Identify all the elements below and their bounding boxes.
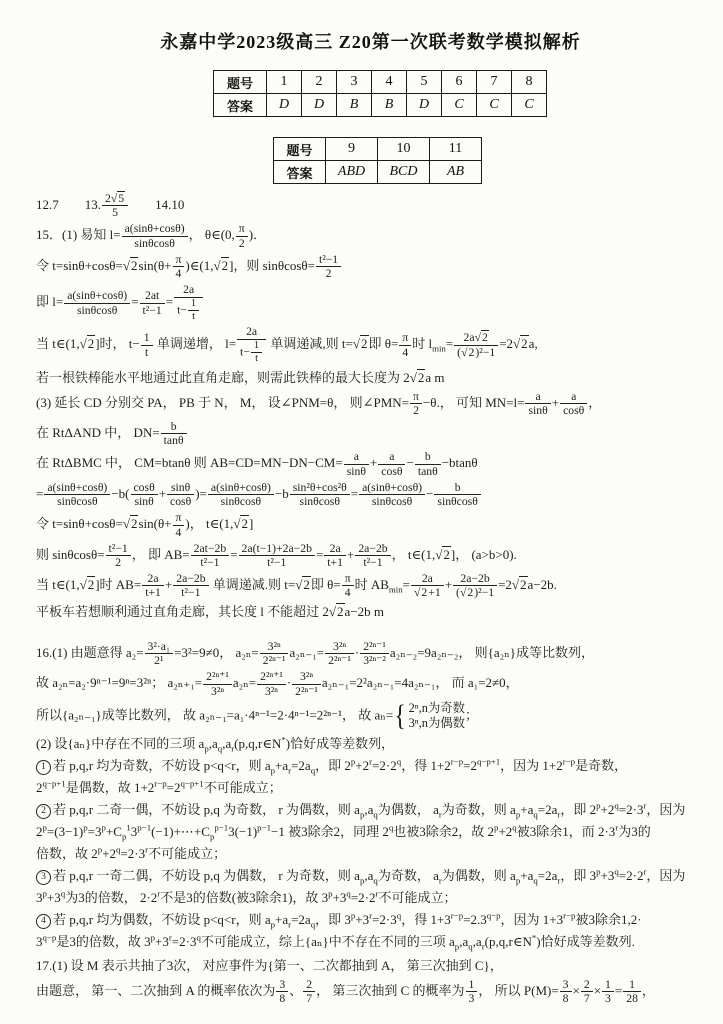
fraction: 1t: [251, 340, 262, 365]
circled-number: 4: [36, 914, 51, 929]
solution-line: 在 RtΔAND 中， DN=btanθ: [36, 420, 705, 448]
sqrt-expression: √2: [123, 257, 139, 273]
fraction: sin²θ+cos²θsinθcosθ: [290, 481, 350, 509]
fraction: t²−12: [106, 542, 131, 570]
fraction: a(sinθ+cosθ)sinθcosθ: [359, 481, 425, 509]
answer-cell: D: [407, 94, 442, 117]
fraction: 2at−1t: [237, 325, 266, 365]
solution-line: 则 sinθcosθ=t²−12， 即 AB=2at−2bt²−1=2a(t−1…: [36, 542, 705, 570]
answer-cell: AB: [430, 161, 482, 184]
exam-solution-page: 永嘉中学2023级高三 Z20第一次联考数学模拟解析 题号12345678答案D…: [0, 0, 723, 1024]
fraction: t²−12: [316, 253, 341, 281]
fraction: btanθ: [415, 450, 441, 478]
solution-line: 所以{a₂ₙ₋₁}成等比数列， 故 a₂ₙ₋₁=a₁·4ⁿ⁻¹=2·4ⁿ⁻¹=2…: [36, 701, 705, 732]
fraction: 27: [303, 978, 315, 1006]
question-number-cell: 7: [477, 71, 512, 94]
question-number-cell: 1: [267, 71, 302, 94]
fraction: asinθ: [525, 390, 550, 418]
sqrt-expression: √5: [111, 191, 125, 205]
fraction: cosθsinθ: [131, 481, 158, 509]
solution-line: 在 RtΔBMC 中， CM=btanθ 则 AB=CD=MN−DN−CM=as…: [36, 450, 705, 478]
fraction: 1t: [188, 298, 199, 323]
fraction: 3²ⁿ2²ⁿ⁻¹: [325, 640, 354, 668]
fraction: a(sinθ+cosθ)sinθcosθ: [64, 289, 130, 317]
solution-line: 16.(1) 由题意得 a₂=3²·a₁2¹=3²=9≠0， a₂ₙ=3²ⁿ2²…: [36, 640, 705, 668]
fraction: π4: [342, 572, 354, 600]
sqrt-expression: √2: [213, 257, 229, 273]
solution-line: 由题意， 第一、二次抽到 A 的概率依次为38、27， 第三次抽到 C 的概率为…: [36, 978, 705, 1006]
page-title: 永嘉中学2023级高三 Z20第一次联考数学模拟解析: [36, 28, 705, 54]
fraction: sinθcosθ: [167, 481, 194, 509]
solution-line: 2p=(3−1)p=3p+Cp13p−1(−1)+⋯+Cpp−13(−1)p−1…: [36, 822, 705, 842]
fraction: 2√55: [102, 192, 128, 220]
circled-number: 3: [36, 870, 51, 885]
solution-line: (3) 延长 CD 分别交 PA， PB 于 N， M， 设∠PNM=θ， 则∠…: [36, 390, 705, 418]
sqrt-expression: √2: [233, 515, 249, 531]
answer-cell: D: [267, 94, 302, 117]
fraction: a(sinθ+cosθ)sinθcosθ: [44, 481, 110, 509]
fraction: π4: [399, 331, 411, 359]
fraction: 2a(t−1)+2a−2bt²−1: [239, 542, 315, 570]
sqrt-expression: √2: [353, 335, 369, 351]
sqrt-expression: √2: [123, 515, 139, 531]
fraction: 13: [466, 978, 478, 1006]
fraction: 2a−2bt²−1: [173, 572, 208, 600]
solution-line: 即 l=a(sinθ+cosθ)sinθcosθ=2att²−1=2at−1t: [36, 283, 705, 323]
table-row: 题号91011: [274, 138, 482, 161]
solution-line: 15．(1) 易知 l=a(sinθ+cosθ)sinθcosθ， θ∈(0,π…: [36, 222, 705, 250]
table-row: 答案DDBBDCCC: [214, 94, 547, 117]
answer-table-1: 题号12345678答案DDBBDCCC: [213, 70, 547, 117]
fraction: 2a−2b(√2)²−1: [453, 572, 497, 600]
row-header-cell: 题号: [214, 71, 267, 94]
solution-line: 令 t=sinθ+cosθ=√2sin(θ+π4)∈(1,√2]，则 sinθc…: [36, 253, 705, 281]
solution-section: 16.(1) 由题意得 a₂=3²·a₁2¹=3²=9≠0， a₂ₙ=3²ⁿ2²…: [36, 640, 705, 952]
sqrt-expression: √2: [414, 585, 428, 599]
solution-section: 17.(1) 设 M 表示共抽了3次， 对应事件为{第一、二次都抽到 A， 第三…: [36, 956, 705, 1006]
solution-line: (2) 设{aₙ}中存在不同的三项 ap,aq,ar(p,q,r∈N*)恰好成等…: [36, 734, 705, 754]
solution-line: 3若 p,q,r 一奇二偶，不妨设 p,q 为偶数， r 为奇数，则 ap,aq…: [36, 866, 705, 886]
fraction: 2²ⁿ⁺¹3²ⁿ: [203, 670, 232, 698]
fraction: 2a√2+1: [411, 572, 444, 600]
solution-line: 令 t=sinθ+cosθ=√2sin(θ+π4)， t∈(1,√2]: [36, 511, 705, 539]
fraction: btanθ: [161, 420, 187, 448]
answer-cell: C: [477, 94, 512, 117]
solution-line: 2若 p,q,r 二奇一偶，不妨设 p,q 为奇数， r 为偶数，则 ap,aq…: [36, 800, 705, 820]
fraction: 38: [276, 978, 288, 1006]
solution-line: 倍数，故 2p+2q=2·3r不可能成立；: [36, 844, 705, 864]
solution-line: 当 t∈(1,√2]时 AB=2at+1+2a−2bt²−1 单调递减.则 t=…: [36, 572, 705, 600]
fraction: π2: [236, 222, 248, 250]
fraction: acosθ: [378, 450, 405, 478]
question-number-cell: 9: [326, 138, 378, 161]
question-number-cell: 10: [378, 138, 430, 161]
answer-cell: C: [442, 94, 477, 117]
solution-line: 平板车若想顺利通过直角走廊，其长度 l 不能超过 2√2a−2b m: [36, 602, 705, 622]
answer-cell: B: [337, 94, 372, 117]
solution-line: 若一根铁棒能水平地通过此直角走廊，则需此铁棒的最大长度为 2√2a m: [36, 368, 705, 388]
circled-number: 2: [36, 804, 51, 819]
question-number-cell: 11: [430, 138, 482, 161]
sqrt-expression: √2: [475, 330, 489, 344]
sqrt-expression: √2: [435, 546, 451, 562]
table-row: 题号12345678: [214, 71, 547, 94]
solution-line: 当 t∈(1,√2]时， t−1t 单调递增， l=2at−1t 单调递减,则 …: [36, 325, 705, 365]
fraction: 2²ⁿ⁺¹3²ⁿ: [257, 670, 286, 698]
fraction: π4: [173, 511, 185, 539]
answer-cell: B: [372, 94, 407, 117]
fraction: 2at+1: [142, 572, 164, 600]
sqrt-expression: √2: [80, 335, 96, 351]
solution-line: 17.(1) 设 M 表示共抽了3次， 对应事件为{第一、二次都抽到 A， 第三…: [36, 956, 705, 976]
fraction: 3²·a₁2¹: [145, 640, 174, 668]
table-row: 答案ABDBCDAB: [274, 161, 482, 184]
fraction: 3²ⁿ2²ⁿ⁻¹: [292, 670, 321, 698]
solution-line: 4若 p,q,r 均为偶数，不妨设 p<q<r，则 ap+ar=2aq，即 3p…: [36, 910, 705, 930]
question-number-cell: 3: [337, 71, 372, 94]
question-number-cell: 8: [512, 71, 547, 94]
solution-line: 3p+3q为3的倍数， 2·2r不是3的倍数(被3除余1)，故 3p+3q=2·…: [36, 888, 705, 908]
fraction: 2at+1: [324, 542, 346, 570]
solution-line: 故 a₂ₙ=a₂·9ⁿ⁻¹=9ⁿ=3²ⁿ； a₂ₙ₊₁=2²ⁿ⁺¹3²ⁿa₂ₙ=…: [36, 670, 705, 698]
question-number-cell: 5: [407, 71, 442, 94]
sqrt-expression: √2: [460, 585, 474, 599]
fraction: π2: [410, 390, 422, 418]
sqrt-expression: √2: [80, 576, 96, 592]
fraction: 128: [623, 978, 641, 1006]
solution-line: 2q−p+1是偶数，故 1+2r−p=2q−p+1不可能成立；: [36, 778, 705, 798]
sqrt-expression: √2: [513, 335, 529, 351]
fraction: π4: [173, 253, 185, 281]
fraction: 13: [602, 978, 614, 1006]
solution-section: 12.7 13.2√55 14.1015．(1) 易知 l=a(sinθ+cos…: [36, 192, 705, 622]
fraction: 2at−2bt²−1: [191, 542, 230, 570]
fraction: acosθ: [560, 390, 587, 418]
fraction: bsinθcosθ: [434, 481, 480, 509]
fraction: 2a√2(√2)²−1: [454, 331, 498, 359]
row-header-cell: 答案: [214, 94, 267, 117]
fraction: 3²ⁿ2²ⁿ⁻¹: [260, 640, 289, 668]
cases-expression: {2ⁿ,n为奇数3ⁿ,n为偶数: [393, 701, 465, 732]
question-number-cell: 6: [442, 71, 477, 94]
fraction: 38: [560, 978, 572, 1006]
solution-text: 12.7 13.2√55 14.1015．(1) 易知 l=a(sinθ+cos…: [36, 192, 705, 1005]
fraction: asinθ: [344, 450, 369, 478]
circled-number: 1: [36, 760, 51, 775]
sqrt-expression: √2: [461, 345, 475, 359]
solution-line: 12.7 13.2√55 14.10: [36, 192, 705, 220]
row-header-cell: 题号: [274, 138, 326, 161]
solution-line: 1若 p,q,r 均为奇数，不妨设 p<q<r，则 ap+ar=2aq，即 2p…: [36, 756, 705, 776]
fraction: a(sinθ+cosθ)sinθcosθ: [122, 222, 188, 250]
answer-table-2: 题号91011答案ABDBCDAB: [273, 137, 482, 184]
solution-line: 3q−p是3的倍数，故 3p+3r=2·3q不可能成立，综上{aₙ}中不存在不同…: [36, 932, 705, 952]
solution-line: =a(sinθ+cosθ)sinθcosθ−b(cosθsinθ+sinθcos…: [36, 481, 705, 509]
sqrt-expression: √2: [329, 603, 345, 619]
fraction: 2at−1t: [174, 283, 203, 323]
fraction: 2a−2bt²−1: [355, 542, 390, 570]
question-number-cell: 2: [302, 71, 337, 94]
sqrt-expression: √2: [512, 576, 528, 592]
fraction: 2²ⁿ⁻¹3²ⁿ⁻²: [360, 640, 389, 668]
sqrt-expression: √2: [295, 576, 311, 592]
answer-cell: D: [302, 94, 337, 117]
answer-cell: BCD: [378, 161, 430, 184]
question-number-cell: 4: [372, 71, 407, 94]
answer-cell: ABD: [326, 161, 378, 184]
fraction: 2att²−1: [140, 289, 165, 317]
fraction: 27: [581, 978, 593, 1006]
answer-cell: C: [512, 94, 547, 117]
fraction: a(sinθ+cosθ)sinθcosθ: [208, 481, 274, 509]
fraction: 1t: [141, 331, 153, 359]
sqrt-expression: √2: [410, 369, 426, 385]
row-header-cell: 答案: [274, 161, 326, 184]
